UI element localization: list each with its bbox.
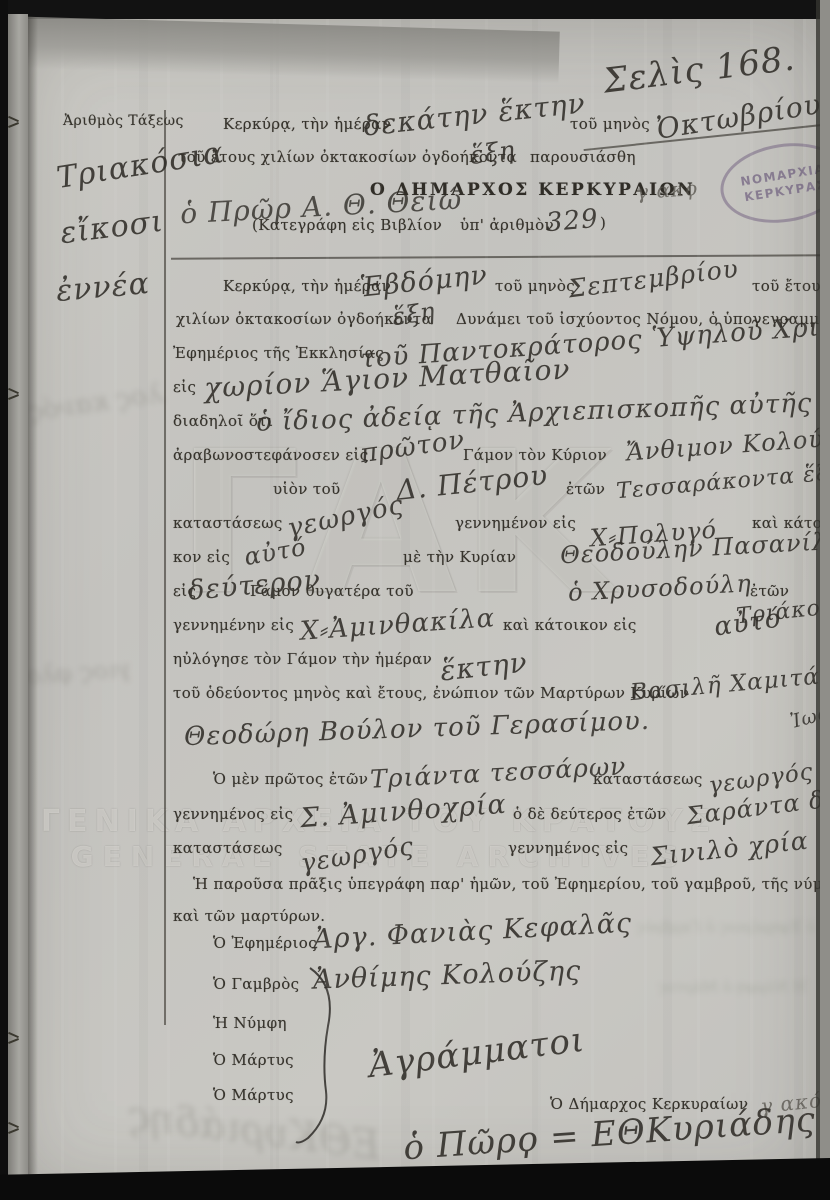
binding-stitch xyxy=(6,1032,22,1046)
witness1-label: Ὁ Μάρτυς xyxy=(213,1051,294,1069)
hand-groom-age: Τεσσαράκοντα ἕξ xyxy=(615,461,830,504)
registration-line: ) xyxy=(600,214,606,232)
groom-label: Ὁ Γαμβρὸς xyxy=(213,975,299,993)
hand-witness1-name: Βασιλῆ Χαμιτάτου xyxy=(629,660,830,706)
photo-top-edge xyxy=(0,0,830,19)
hand-flourish: γ ακϙ xyxy=(635,176,699,204)
form-line: τοῦ ἔτους χιλίων ὀκτακοσίων ὀγδοήκοντα xyxy=(178,148,517,166)
form-line: κον εἰς xyxy=(173,548,230,566)
form-line: Ἐφημέριος τῆς Ἐκκλησίας xyxy=(173,344,384,362)
form-line: καταστάσεως xyxy=(173,839,283,857)
form-line: μὲ τὴν Κυρίαν xyxy=(403,548,516,566)
form-line: τοῦ μηνὸς xyxy=(495,277,575,295)
hand-groom-name: Ἄνθιμον Κολούζαν xyxy=(625,421,830,466)
registration-line: (Κατεγράφη εἰς Βιβλίον xyxy=(252,216,442,234)
ink-bleedthrough: γιος φλο xyxy=(25,654,132,689)
photo-left-edge xyxy=(0,0,8,1200)
hand-month2: Σεπτεμβρίου xyxy=(567,254,740,304)
margin-hand-line2: εἴκοσι xyxy=(58,204,165,251)
form-line: καταστάσεως xyxy=(173,514,283,532)
hand-bride-residence: αὐτό xyxy=(712,603,783,642)
form-line: καὶ κάτοικον εἰς xyxy=(503,616,637,634)
binding-stitch xyxy=(6,116,22,130)
form-line: τοῦ μηνὸς xyxy=(570,115,650,133)
form-line: ηὐλόγησε τὸν Γάμον τὴν ἡμέραν xyxy=(173,650,432,668)
margin-divider-line xyxy=(164,110,166,1025)
registration-line: ὑπ' ἀριθμὸν xyxy=(460,216,554,234)
form-line: υἱὸν τοῦ xyxy=(273,480,341,498)
ink-bleedthrough: Ἡ Νύμφη ὁ Μάρτυς xyxy=(658,978,808,996)
illiterate-note: Ἀγράμματοι xyxy=(366,1020,587,1086)
margin-hand-line3: ἐννέα xyxy=(55,266,152,309)
ephimerios-label: Ὁ Ἐφημέριος xyxy=(213,934,317,952)
form-line: ἐτῶν xyxy=(566,480,605,498)
form-line: ἐτῶν xyxy=(750,582,789,600)
hand-witness2-name: Θεοδώρη Βούλον τοῦ Γερασίμου. xyxy=(184,706,651,752)
hand-register-number: 329 xyxy=(545,204,600,238)
page-number-note: Σελὶς 168. xyxy=(601,38,797,101)
hand-month: Ὀκτωβρίου xyxy=(654,87,823,146)
hand-witness1-age: Τριάντα τεσσάρων xyxy=(369,751,627,793)
closing-statement-line1: Ἡ παροῦσα πρᾶξις ὑπεγράφη παρ' ἡμῶν, τοῦ… xyxy=(193,875,830,893)
record-page: ΓΑΚ ΓΕΝΙΚΑ ΑΡΧΕΙΑ ΤΟΥ ΚΡΑΤΟΥΣ GENERAL ST… xyxy=(8,18,830,1200)
form-line: ἀραβωνοστεφάνοσεν εἰς xyxy=(173,446,369,464)
form-line: Ὁ μὲν πρῶτος ἐτῶν xyxy=(213,770,368,788)
form-line: τοῦ ὁδεύοντος μηνὸς καὶ ἔτους, ἐνώπιον τ… xyxy=(173,684,689,702)
form-line: γεννημένος εἰς xyxy=(173,805,293,823)
binding-stitch xyxy=(6,1122,22,1136)
form-line: παρουσιάσθη xyxy=(530,148,636,166)
signature-group-brace xyxy=(296,966,356,1146)
hand-day: δεκάτην ἕκτην xyxy=(362,86,587,142)
hand-day2: Ἑβδόμην xyxy=(359,259,490,303)
form-line: εἰς xyxy=(173,378,196,396)
binding-shadow xyxy=(28,16,38,1200)
hand-blessing-day: ἕκτην xyxy=(439,646,530,688)
closing-statement-line2: καὶ τῶν μαρτύρων. xyxy=(173,907,325,925)
form-line: γεννημένον εἰς xyxy=(455,514,576,532)
prefecture-stamp: ΝΟΜΑΡΧΙΑ ΚΕΡΚΥΡΑΣ xyxy=(715,134,830,231)
bride-label: Ἡ Νύμφη xyxy=(213,1014,287,1032)
form-line: γεννημένος εἰς xyxy=(508,839,628,857)
ephimerios-signature: Ἀργ. Φανιὰς Κεφαλᾶς xyxy=(312,908,632,956)
form-line: καταστάσεως xyxy=(593,770,703,788)
ink-bleedthrough: ὁ Ἐφημέριος ὁ Γαμβρὸς xyxy=(636,918,816,936)
witness2-label: Ὁ Μάρτυς xyxy=(213,1086,294,1104)
form-line: ὁ δὲ δεύτερος ἐτῶν xyxy=(513,805,667,823)
form-line: Γάμον θυγατέρα τοῦ xyxy=(250,582,414,600)
book-binding-edge xyxy=(8,14,28,1200)
scanned-document-photo: ΓΑΚ ΓΕΝΙΚΑ ΑΡΧΕΙΑ ΤΟΥ ΚΡΑΤΟΥΣ GENERAL ST… xyxy=(0,0,830,1200)
form-line: γεννημένην εἰς xyxy=(173,616,294,634)
binding-stitch xyxy=(6,388,22,402)
ink-bleedthrough: λος κανός xyxy=(27,379,165,428)
photo-right-edge xyxy=(820,0,830,1200)
order-number-label: Ἀριθμὸς Τάξεως xyxy=(63,113,184,129)
